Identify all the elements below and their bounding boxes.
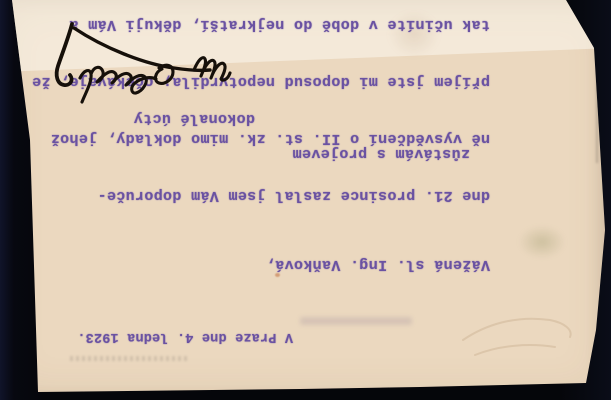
photo-background: V Praze dne 4. ledna 1923. Vážená sl. In…	[0, 0, 611, 400]
postcard: V Praze dne 4. ledna 1923. Vážená sl. In…	[0, 0, 611, 400]
letter-salutation: Vážená sl. Ing. Vaňková,	[266, 256, 490, 273]
letter-body-line: dne 21. prosince zaslal jsem Vám doporuč…	[32, 186, 490, 205]
letter-date: V Praze dne 4. ledna 1923.	[77, 329, 293, 344]
letter-closing-line: zůstávám s projevem	[292, 145, 470, 162]
show-through-scribble	[455, 285, 585, 365]
signature-ink	[24, 8, 249, 113]
